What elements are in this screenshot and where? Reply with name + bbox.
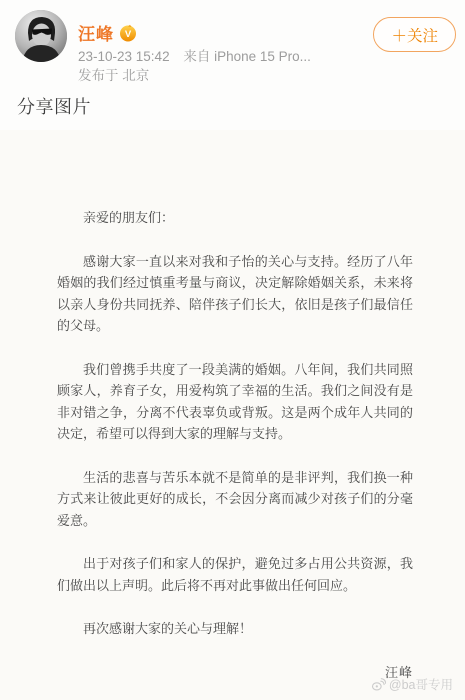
letter-paragraph-4: 出于对孩子们和家人的保护，避免过多占用公共资源，我们做出以上声明。此后将不再对此… — [57, 553, 413, 596]
avatar-portrait — [15, 10, 67, 62]
letter-paragraph-2: 我们曾携手共度了一段美满的婚姻。八年间，我们共同照顾家人，养育子女，用爱构筑了幸… — [57, 359, 413, 445]
timestamp: 23-10-23 15:42 — [78, 49, 170, 64]
follow-button[interactable]: ＋关注 — [373, 17, 456, 52]
letter-salutation: 亲爱的朋友们： — [57, 207, 413, 229]
watermark: @ba哥专用 — [371, 675, 453, 693]
location: 发布于 北京 — [78, 64, 149, 84]
letter-closing: 再次感谢大家的关心与理解！ — [57, 618, 413, 640]
post-text: 分享图片 — [17, 93, 91, 119]
verified-v-icon: V — [64, 54, 67, 62]
letter-paragraph-3: 生活的悲喜与苦乐本就不是简单的是非评判，我们换一种方式来让彼此更好的成长，不会因… — [57, 467, 413, 532]
letter-paragraph-1: 感谢大家一直以来对我和子怡的关心与支持。经历了八年婚姻的我们经过慎重考量与商议，… — [57, 251, 413, 337]
weibo-post: V 汪峰 V 23-10-23 15:42 — [0, 0, 465, 700]
author-name[interactable]: 汪峰 — [78, 20, 114, 45]
letter-body: 亲爱的朋友们： 感谢大家一直以来对我和子怡的关心与支持。经历了八年婚姻的我们经过… — [57, 207, 413, 683]
letter-image[interactable]: 亲爱的朋友们： 感谢大家一直以来对我和子怡的关心与支持。经历了八年婚姻的我们经过… — [0, 130, 465, 700]
letter-signature: 汪峰 — [57, 662, 413, 684]
weibo-logo-icon — [371, 677, 386, 692]
gold-v-icon: V — [119, 24, 137, 42]
svg-text:V: V — [125, 29, 132, 40]
post-meta: 23-10-23 15:42 来自 iPhone 15 Pro... — [78, 45, 311, 65]
device-source-link[interactable]: 来自 iPhone 15 Pro... — [183, 49, 311, 64]
avatar[interactable]: V — [15, 10, 67, 62]
watermark-text: @ba哥专用 — [389, 675, 453, 693]
